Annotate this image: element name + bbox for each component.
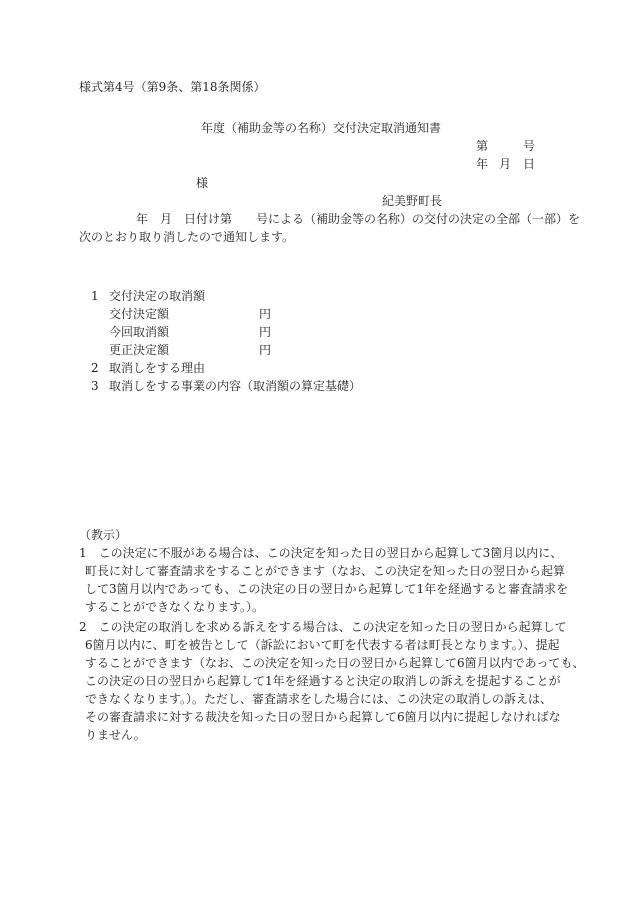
notice2-line: りません。	[85, 727, 146, 743]
notice1-line: 1 この決定に不服がある場合は、この決定を知った日の翌日から起算して3箇月以内に…	[79, 545, 562, 561]
date-day: 日	[523, 156, 535, 172]
notice1-line: することができなくなります。）。	[85, 599, 264, 615]
date-year: 年	[476, 156, 488, 172]
body-line2: 次のとおり取り消したので通知します。	[79, 229, 294, 245]
body-year: 年	[136, 211, 148, 227]
item2-number: 2	[91, 360, 99, 376]
body-date-ref: 日付け第	[184, 211, 232, 227]
date-month: 月	[499, 156, 511, 172]
sub-label: 今回取消額	[109, 324, 169, 340]
sub-label: 更正決定額	[109, 342, 169, 358]
notice1-line: して3箇月以内であっても、この決定の日の翌日から起算して1年を経過すると審査請求…	[85, 581, 568, 597]
item3-number: 3	[91, 378, 99, 394]
sub-unit: 円	[259, 342, 271, 358]
item3-label: 取消しをする事業の内容（取消額の算定基礎）	[109, 378, 361, 394]
notice2-line: 6箇月以内に、町を被告として（訴訟において町を代表する者は町長となります。）、提…	[85, 637, 560, 653]
sub-unit: 円	[259, 306, 271, 322]
doc-number-suffix: 号	[523, 138, 535, 154]
body-month: 月	[160, 211, 172, 227]
issuer: 紀美野町長	[382, 193, 442, 209]
notice2-line: することができます（なお、この決定を知った日の翌日から起算して6箇月以内であって…	[85, 655, 585, 671]
notice1-line: 町長に対して審査請求をすることができます（なお、この決定を知った日の翌日から起算	[85, 563, 565, 579]
document-title: 年度（補助金等の名称）交付決定取消通知書	[201, 120, 441, 136]
item1-number: 1	[91, 288, 99, 304]
item1-label: 交付決定の取消額	[109, 288, 205, 304]
notice2-line: できなくなります。）。ただし、審査請求をした場合には、この決定の取消しの訴えは、	[85, 691, 552, 707]
item2-label: 取消しをする理由	[109, 360, 205, 376]
form-label: 様式第4号（第9条、第18条関係）	[79, 79, 266, 95]
addressee-suffix: 様	[196, 175, 208, 191]
notice-heading: （教示）	[79, 527, 127, 543]
notice2-line: この決定の日の翌日から起算して1年を経過すると決定の取消しの訴えを提起することが	[85, 673, 561, 689]
sub-label: 交付決定額	[109, 306, 169, 322]
notice2-line: その審査請求に対する裁決を知った日の翌日から起算して6箇月以内に提起しなければな	[85, 709, 561, 725]
sub-unit: 円	[259, 324, 271, 340]
notice2-line: 2 この決定の取消しを求める訴えをする場合は、この決定を知った日の翌日から起算し…	[79, 619, 567, 635]
body-line1: 号による（補助金等の名称）の交付の決定の全部（一部）を	[256, 211, 580, 227]
doc-number-prefix: 第	[476, 138, 488, 154]
